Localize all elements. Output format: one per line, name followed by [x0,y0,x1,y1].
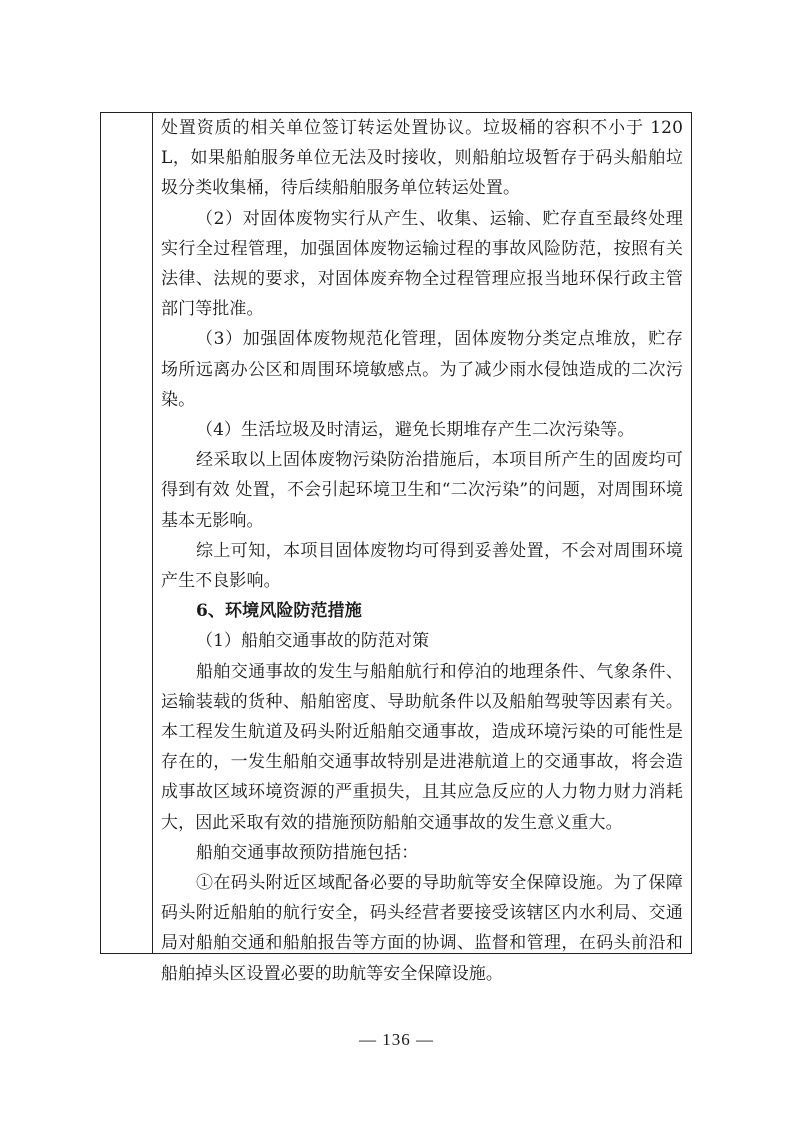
section-heading-risk-prevention: 6、环境风险防范措施 [161,596,683,626]
paragraph-item-2: （2）对固体废物实行从产生、收集、运输、贮存直至最终处理实行全过程管理，加强固体… [161,204,683,325]
paragraph-conclusion: 综上可知，本项目固体废物均可得到妥善处置，不会对周围环境产生不良影响。 [161,536,683,596]
page-number: — 136 — [0,1030,793,1050]
paragraph-disposal-agreement: 处置资质的相关单位签订转运处置协议。垃圾桶的容积不小于 120L，如果船舶服务单… [161,113,683,204]
content-table: 处置资质的相关单位签订转运处置协议。垃圾桶的容积不小于 120L，如果船舶服务单… [100,112,692,954]
paragraph-measures-summary: 经采取以上固体废物污染防治措施后，本项目所产生的固废均可得到有效 处置，不会引起… [161,445,683,536]
paragraph-ship-accident-factors: 船舶交通事故的发生与船舶航行和停泊的地理条件、气象条件、运输装载的货种、船舶密度… [161,657,683,838]
paragraph-item-4: （4）生活垃圾及时清运，避免长期堆存产生二次污染等。 [161,415,683,445]
paragraph-prevention-intro: 船舶交通事故预防措施包括： [161,838,683,868]
paragraph-prevention-item-1: ①在码头附近区域配备必要的导助航等安全保障设施。为了保障码头附近船舶的航行安全，… [161,868,683,989]
table-left-column [101,113,153,953]
table-content-cell: 处置资质的相关单位签订转运处置协议。垃圾桶的容积不小于 120L，如果船舶服务单… [161,113,683,989]
paragraph-item-3: （3）加强固体废物规范化管理，固体废物分类定点堆放，贮存场所远离办公区和周围环境… [161,324,683,415]
subheading-ship-traffic: （1）船舶交通事故的防范对策 [161,626,683,656]
